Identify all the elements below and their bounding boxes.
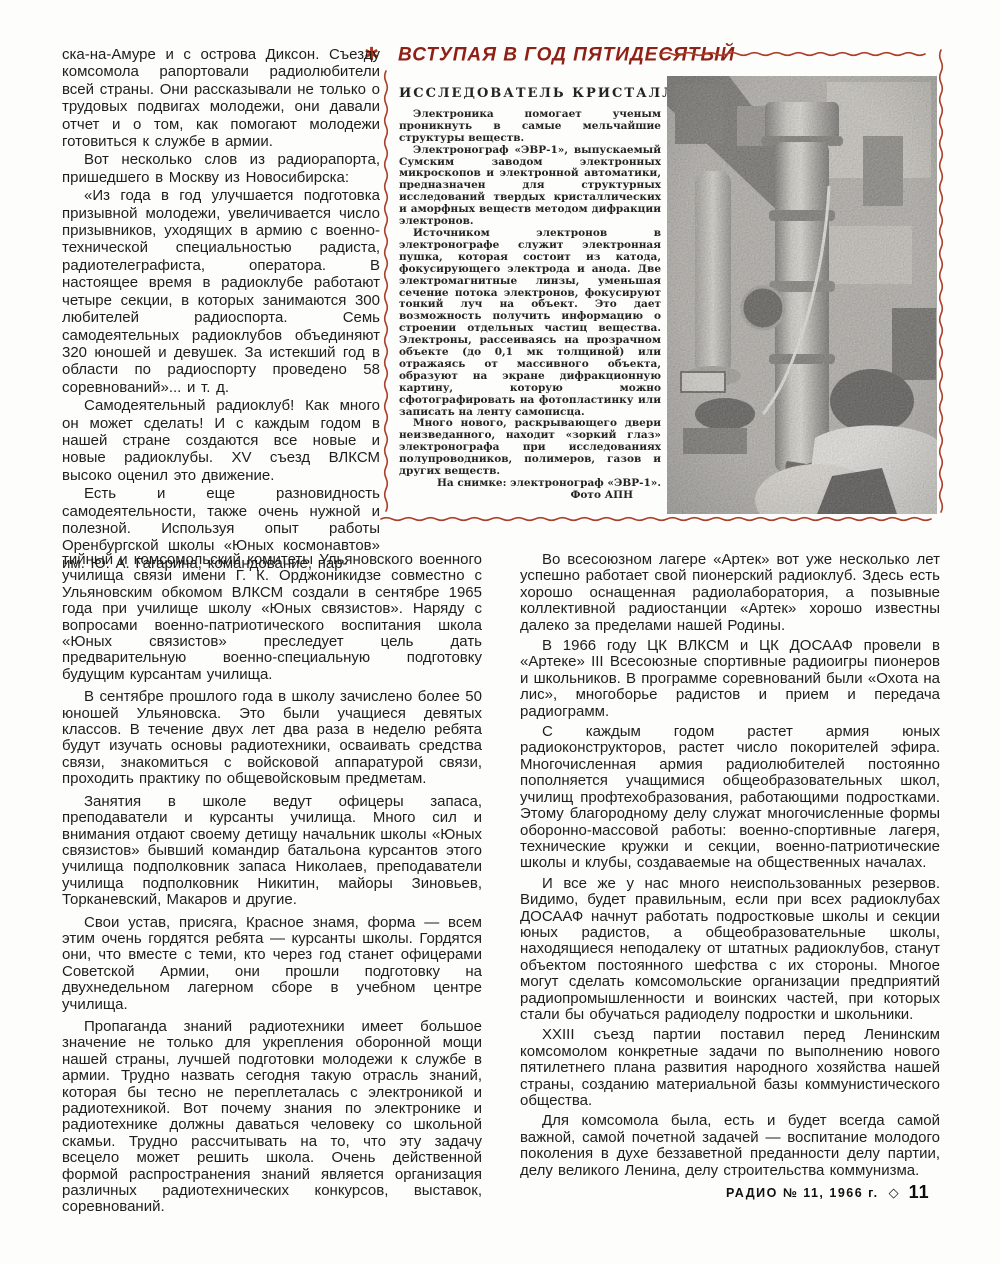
photo-credit: Фото АПН (399, 490, 661, 502)
wavy-border-bottom (380, 514, 946, 524)
paragraph: В сентябре прошлого года в школу зачисле… (62, 689, 482, 787)
page-number: 11 (909, 1182, 930, 1203)
paragraph: Во всесоюзном лагере «Артек» вот уже нес… (520, 552, 940, 634)
paragraph: Для комсомола была, есть и будет всегда … (520, 1113, 940, 1179)
column-left-top: ска-на-Амуре и с острова Диксон. Съезду … (62, 46, 380, 573)
paragraph: С каждым годом растет армия юных радиоко… (520, 724, 940, 872)
paragraph: Пропаганда знаний радиотехники имеет бол… (62, 1019, 482, 1216)
page-footer: РАДИО № 11, 1966 г. ◇ 11 (726, 1182, 946, 1203)
wavy-border-left (381, 70, 391, 522)
paragraph: Электронограф «ЭВР-1», выпускаемый Сумск… (399, 145, 661, 228)
paragraph: Свои устав, присяга, Красное знамя, форм… (62, 915, 482, 1013)
box-article-title: ИССЛЕДОВАТЕЛЬ КРИСТАЛЛОВ (399, 88, 661, 100)
paragraph: И все же у нас много неиспользованных ре… (520, 876, 940, 1024)
paragraph: В 1966 году ЦК ВЛКСМ и ЦК ДОСААФ провели… (520, 638, 940, 720)
column-left-bottom: тийный и комсомольский комитеты Ульяновс… (62, 552, 482, 1222)
diamond-icon: ◇ (889, 1185, 899, 1201)
paragraph: Вот несколько слов из радиорапорта, приш… (62, 151, 380, 186)
magazine-page: ✱ ВСТУПАЯ В ГОД ПЯТИДЕСЯТЫЙ ска-на-Амуре… (0, 0, 1000, 1264)
paragraph: Много нового, раскрывающего двери неизве… (399, 418, 661, 478)
paragraph: Электроника помогает ученым проникнуть в… (399, 109, 661, 145)
paragraph: XXIII съезд партии поставил перед Ленинс… (520, 1027, 940, 1109)
box-article: ИССЛЕДОВАТЕЛЬ КРИСТАЛЛОВ Электроника пом… (399, 88, 661, 502)
paragraph: Источником электронов в электронографе с… (399, 228, 661, 419)
paragraph: Самодеятельный радиоклуб! Как много он м… (62, 397, 380, 484)
magazine-imprint: РАДИО № 11, 1966 г. (726, 1186, 879, 1200)
paragraph: Занятия в школе ведут офицеры запаса, пр… (62, 794, 482, 909)
paragraph: тийный и комсомольский комитеты Ульяновс… (62, 552, 482, 683)
photo-electronograph (667, 76, 937, 514)
paragraph: «Из года в год улучшается подготовка при… (62, 187, 380, 396)
wavy-border-right (936, 49, 946, 521)
paragraph: ска-на-Амуре и с острова Диксон. Съезду … (62, 46, 380, 150)
column-right: Во всесоюзном лагере «Артек» вот уже нес… (520, 552, 940, 1183)
wavy-border-top (660, 49, 942, 59)
rubric-title: ВСТУПАЯ В ГОД ПЯТИДЕСЯТЫЙ (398, 45, 658, 66)
